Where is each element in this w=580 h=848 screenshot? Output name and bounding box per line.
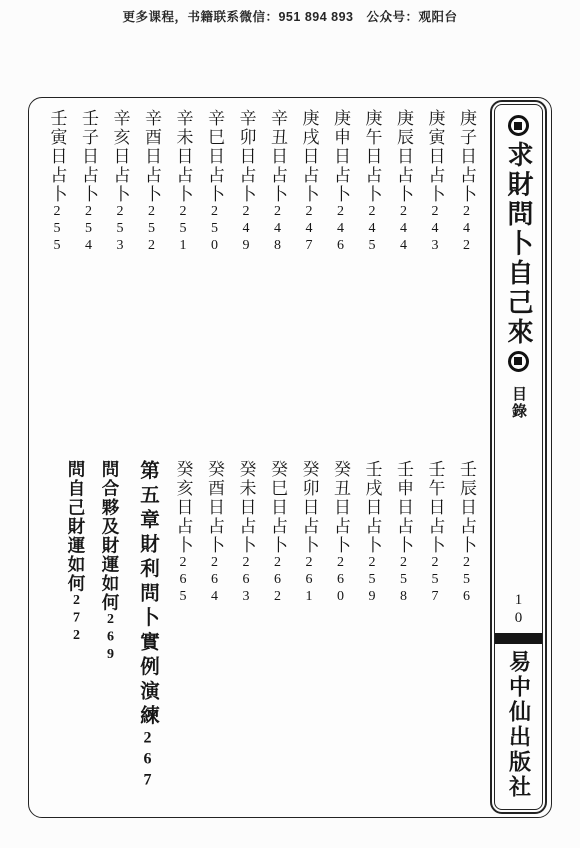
toc-sub-entry-label: 問合夥及財運如何 xyxy=(100,460,120,612)
toc-sub-entry-page: 272 xyxy=(69,593,84,646)
toc-entry-page: 249 xyxy=(239,204,254,255)
toc-entry: 辛丑日占卜248 xyxy=(262,109,294,274)
toc-section-2: 壬辰日占卜256 壬午日占卜257 壬申日占卜258 壬戌日占卜259 癸丑日占… xyxy=(167,460,482,625)
toc-entry: 辛巳日占卜250 xyxy=(199,109,231,274)
bullet-core xyxy=(514,122,522,130)
toc-entry-label: 壬辰日占卜 xyxy=(457,460,476,555)
circled-square-bullet-icon xyxy=(508,115,529,136)
toc-entry: 庚戌日占卜247 xyxy=(293,109,325,274)
toc-entry-label: 壬午日占卜 xyxy=(426,460,445,555)
toc-entry: 壬午日占卜257 xyxy=(419,460,451,625)
book-toc-page: 更多课程，书籍联系微信：951 894 893 公众号：观阳台 庚子日占卜242… xyxy=(0,0,580,848)
toc-entry-label: 庚辰日占卜 xyxy=(394,109,413,204)
toc-section-1: 庚子日占卜242 庚寅日占卜243 庚辰日占卜244 庚午日占卜245 庚申日占… xyxy=(41,109,482,274)
toc-entry: 壬辰日占卜256 xyxy=(451,460,483,625)
bullet-core xyxy=(514,357,522,365)
toc-entry: 辛卯日占卜249 xyxy=(230,109,262,274)
toc-entry: 癸丑日占卜260 xyxy=(325,460,357,625)
toc-entry-page: 265 xyxy=(176,555,191,606)
toc-entry-page: 263 xyxy=(239,555,254,606)
toc-sub-entry-page: 269 xyxy=(103,612,118,665)
title-sidebar-inner: 求財問卜自己來目錄 10 易中仙出版社 xyxy=(494,104,543,810)
chapter-heading-label: 第五章財利問卜實例演練 xyxy=(137,460,158,730)
toc-entry-page: 243 xyxy=(428,204,443,255)
toc-sub-entry: 問自己財運如何272 xyxy=(59,460,93,812)
toc-entry: 壬寅日占卜255 xyxy=(41,109,73,274)
toc-entry-page: 247 xyxy=(302,204,317,255)
toc-sub-entry-label: 問自己財運如何 xyxy=(66,460,86,593)
toc-entry-page: 262 xyxy=(270,555,285,606)
toc-sub-entry: 問合夥及財運如何269 xyxy=(93,460,127,812)
title-sidebar: 求財問卜自己來目錄 10 易中仙出版社 xyxy=(490,100,547,814)
toc-entry-label: 壬戌日占卜 xyxy=(363,460,382,555)
toc-entry-page: 264 xyxy=(207,555,222,606)
toc-entry-page: 256 xyxy=(459,555,474,606)
toc-entry-page: 250 xyxy=(207,204,222,255)
toc-entry: 庚辰日占卜244 xyxy=(388,109,420,274)
toc-entry-page: 259 xyxy=(365,555,380,606)
book-title: 求財問卜自己來 xyxy=(504,141,533,348)
toc-entry-label: 庚申日占卜 xyxy=(331,109,350,204)
toc-entry-label: 癸酉日占卜 xyxy=(205,460,224,555)
toc-entry: 癸亥日占卜265 xyxy=(167,460,199,625)
toc-entry-page: 244 xyxy=(396,204,411,255)
toc-entry-label: 辛卯日占卜 xyxy=(237,109,256,204)
toc-entry: 壬子日占卜254 xyxy=(73,109,105,274)
toc-entry-label: 辛丑日占卜 xyxy=(268,109,287,204)
toc-entry-label: 癸卯日占卜 xyxy=(300,460,319,555)
toc-entry-label: 癸未日占卜 xyxy=(237,460,256,555)
toc-entry-page: 260 xyxy=(333,555,348,606)
toc-entry-page: 246 xyxy=(333,204,348,255)
toc-entry-page: 248 xyxy=(270,204,285,255)
page-number: 10 xyxy=(509,592,529,628)
toc-entry-label: 庚午日占卜 xyxy=(363,109,382,204)
toc-entry-label: 壬寅日占卜 xyxy=(48,109,67,204)
toc-entry-label: 辛亥日占卜 xyxy=(111,109,130,204)
toc-entry-label: 辛酉日占卜 xyxy=(142,109,161,204)
toc-entry-label: 壬子日占卜 xyxy=(79,109,98,204)
toc-entry-page: 251 xyxy=(176,204,191,255)
book-title-block: 求財問卜自己來目錄 xyxy=(495,112,542,420)
toc-entry-page: 242 xyxy=(459,204,474,255)
toc-entry-label: 癸丑日占卜 xyxy=(331,460,350,555)
toc-entry: 庚申日占卜246 xyxy=(325,109,357,274)
toc-entry-page: 261 xyxy=(302,555,317,606)
toc-entry-page: 255 xyxy=(50,204,65,255)
toc-entry: 辛未日占卜251 xyxy=(167,109,199,274)
toc-entry-label: 癸巳日占卜 xyxy=(268,460,287,555)
toc-entry-page: 257 xyxy=(428,555,443,606)
toc-entry: 庚午日占卜245 xyxy=(356,109,388,274)
toc-entry: 癸酉日占卜264 xyxy=(199,460,231,625)
promo-note: 更多课程，书籍联系微信：951 894 893 公众号：观阳台 xyxy=(0,7,580,25)
toc-entry-page: 254 xyxy=(81,204,96,255)
toc-entry-label: 庚子日占卜 xyxy=(457,109,476,204)
toc-entry-page: 245 xyxy=(365,204,380,255)
divider-bar xyxy=(495,633,542,644)
toc-entry-label: 辛未日占卜 xyxy=(174,109,193,204)
toc-entry: 壬申日占卜258 xyxy=(388,460,420,625)
toc-heading: 目錄 xyxy=(508,386,528,420)
toc-entry: 癸巳日占卜262 xyxy=(262,460,294,625)
toc-entry-label: 庚戌日占卜 xyxy=(300,109,319,204)
publisher-name: 易中仙出版社 xyxy=(499,650,539,800)
toc-entry: 癸卯日占卜261 xyxy=(293,460,325,625)
toc-entry-label: 庚寅日占卜 xyxy=(426,109,445,204)
toc-entry: 壬戌日占卜259 xyxy=(356,460,388,625)
toc-entry-page: 258 xyxy=(396,555,411,606)
chapter-heading: 第五章財利問卜實例演練267 xyxy=(127,460,167,812)
toc-entry-label: 辛巳日占卜 xyxy=(205,109,224,204)
toc-entry: 辛酉日占卜252 xyxy=(136,109,168,274)
chapter-heading-page: 267 xyxy=(139,730,156,793)
toc-entry-page: 253 xyxy=(113,204,128,255)
toc-entry: 庚寅日占卜243 xyxy=(419,109,451,274)
toc-entry: 癸未日占卜263 xyxy=(230,460,262,625)
toc-entry-label: 癸亥日占卜 xyxy=(174,460,193,555)
toc-entry: 辛亥日占卜253 xyxy=(104,109,136,274)
toc-section-chapter: 第五章財利問卜實例演練267 問合夥及財運如何269 問自己財運如何272 xyxy=(59,460,167,812)
toc-entry-page: 252 xyxy=(144,204,159,255)
toc-entry-label: 壬申日占卜 xyxy=(394,460,413,555)
circled-square-bullet-icon xyxy=(508,351,529,372)
toc-entry: 庚子日占卜242 xyxy=(451,109,483,274)
